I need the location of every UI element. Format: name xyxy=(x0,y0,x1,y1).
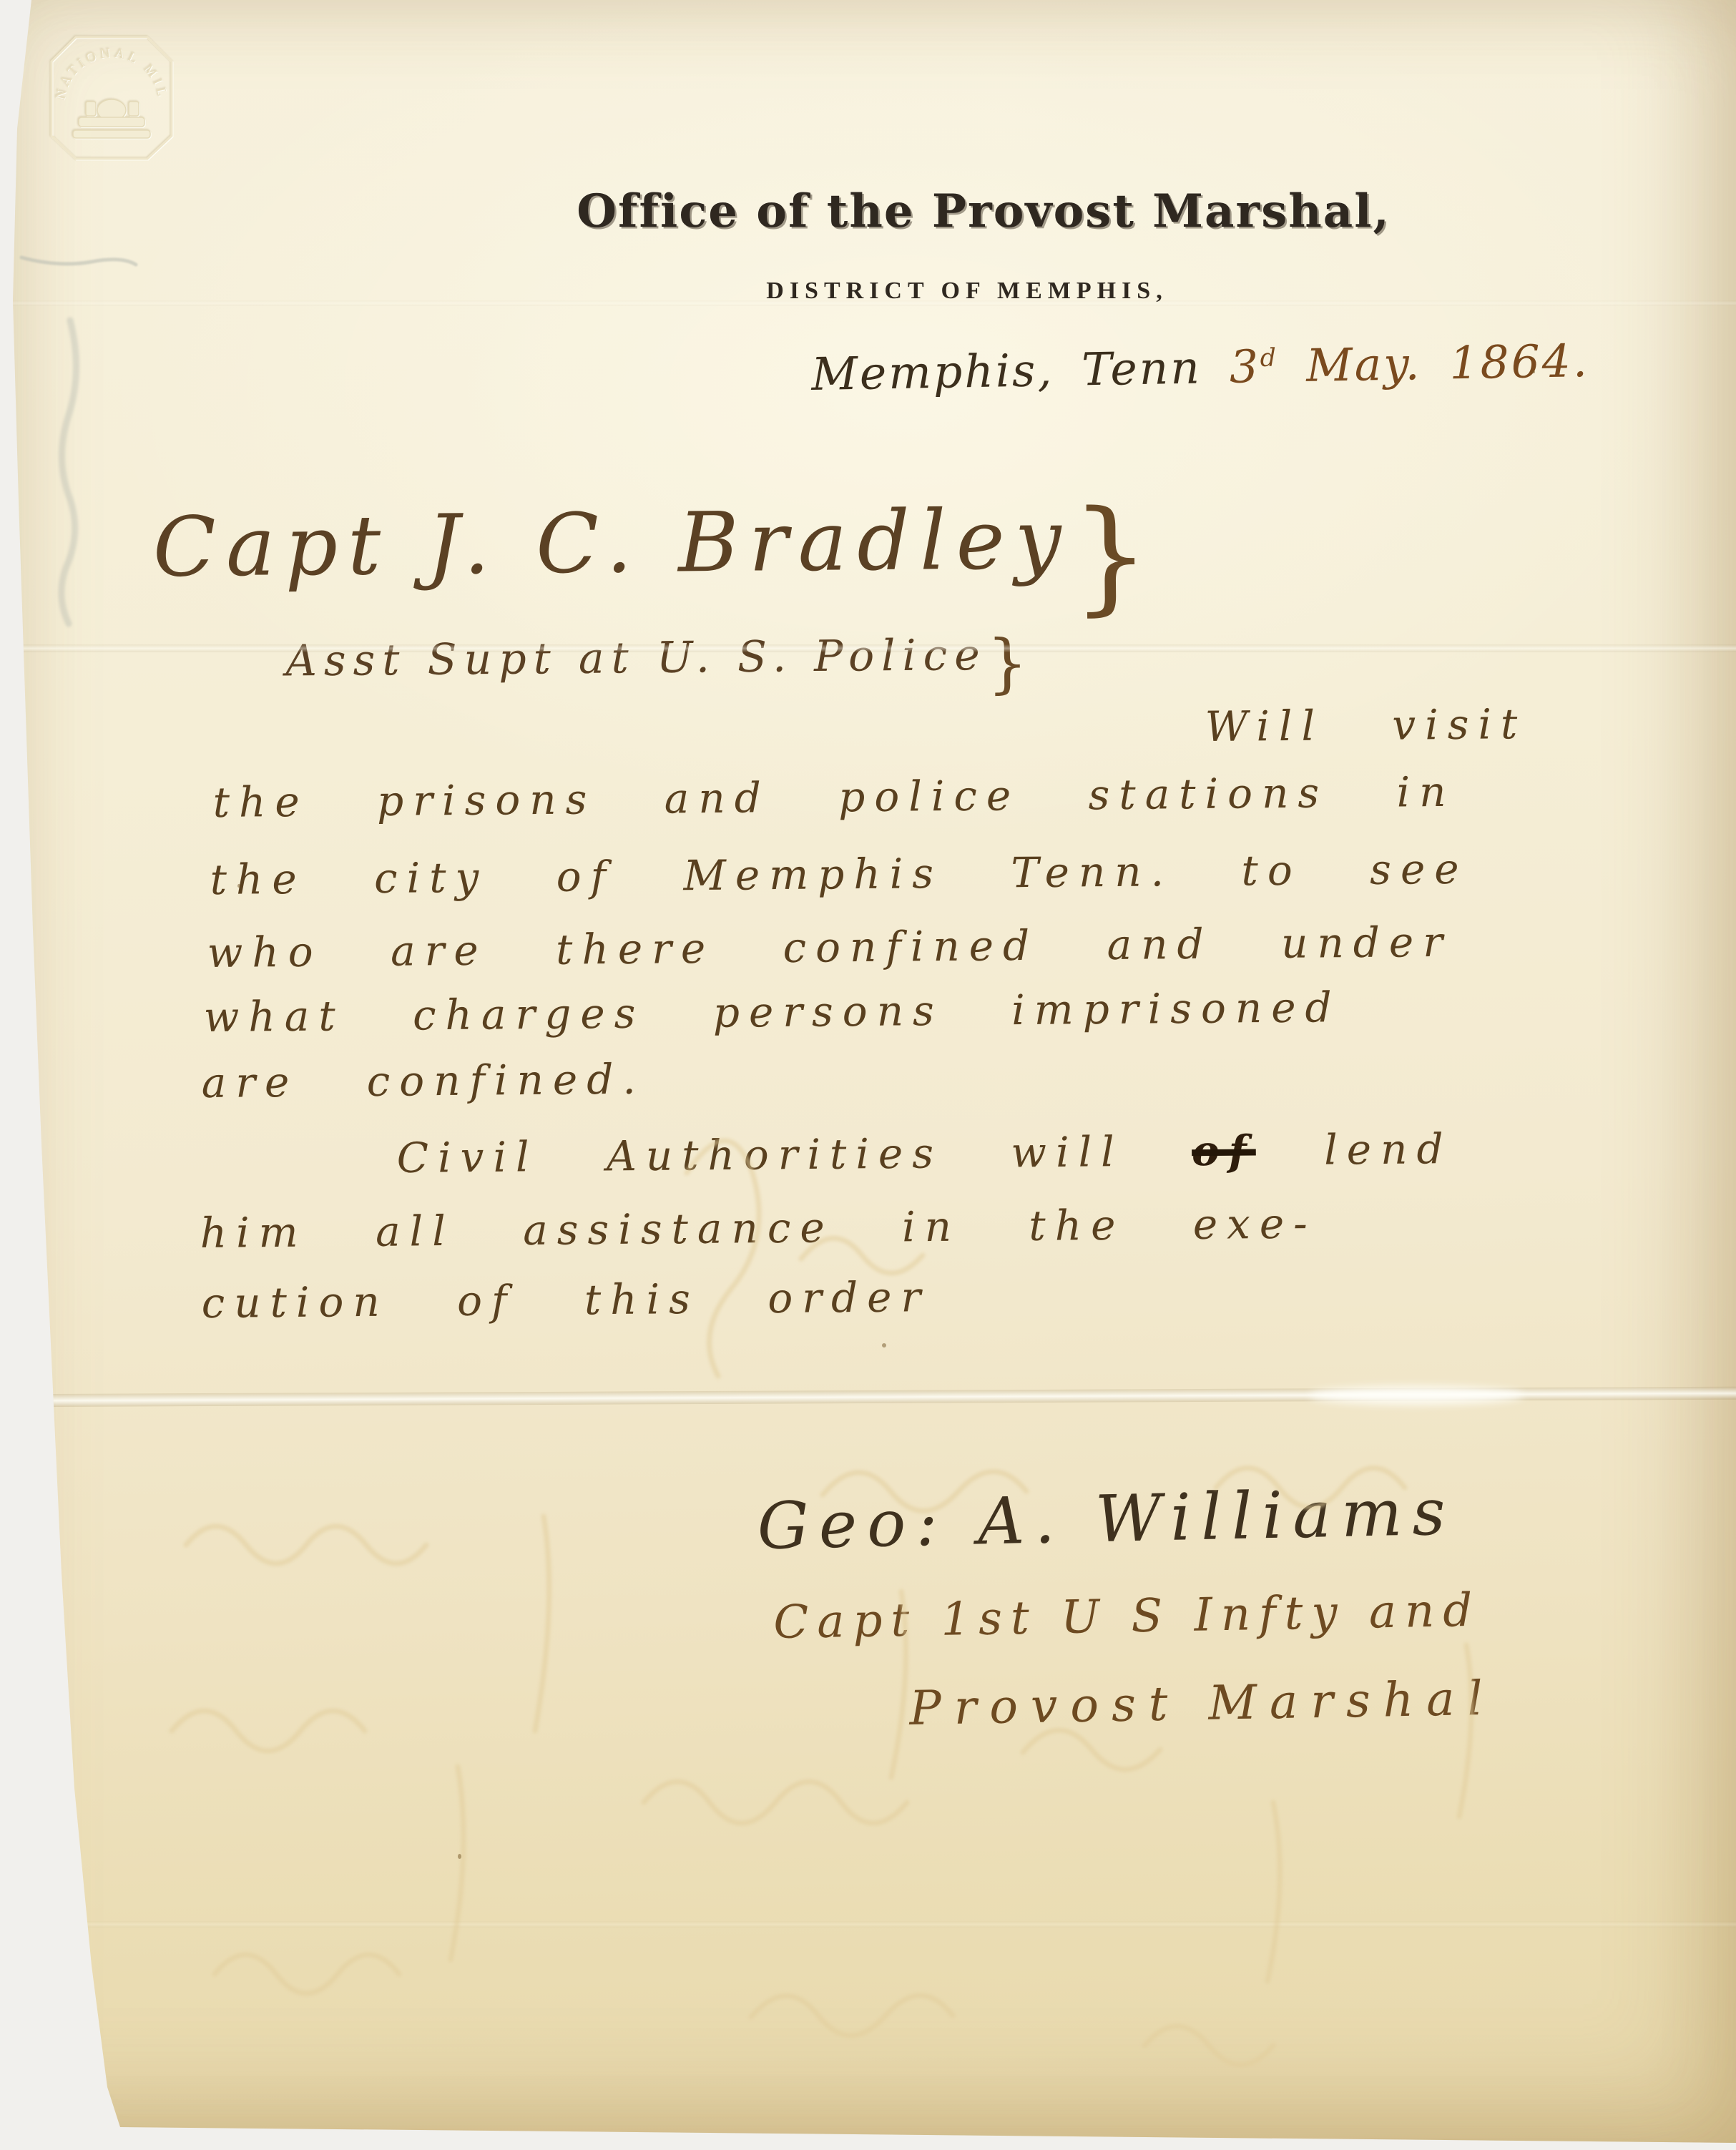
fold-crease xyxy=(0,1921,1736,1928)
body-line: the prisons and police stations in xyxy=(212,767,1455,827)
letterhead-office-line: Office of the Provost Marshal, xyxy=(577,185,1391,238)
dateline: Memphis, Tenn 3d May. 1864. xyxy=(811,335,1590,401)
body-line: cution of this order xyxy=(201,1272,930,1327)
body-line: what charges persons imprisoned xyxy=(203,983,1341,1041)
signature-title-line1: Capt 1st U S Infty and xyxy=(773,1584,1481,1649)
document-page: NATIONAL MILLS Office of the Provost Mar… xyxy=(0,0,1736,2150)
paper-speck xyxy=(458,1854,461,1859)
dateline-place: Memphis, Tenn xyxy=(811,341,1202,401)
seal-mill-illustration xyxy=(73,99,150,138)
paper-speck xyxy=(237,884,240,888)
body-line: the city of Memphis Tenn. to see xyxy=(210,845,1468,904)
signature-title-line2: Provost Marshal xyxy=(909,1671,1496,1736)
body-line: Will visit xyxy=(1205,700,1526,751)
body-line: who are there confined and under xyxy=(207,918,1452,977)
struck-out-word: of xyxy=(1192,1126,1256,1176)
address-brace: } xyxy=(986,626,1035,702)
paper-speck xyxy=(882,1343,886,1348)
scanned-letter: NATIONAL MILLS Office of the Provost Mar… xyxy=(0,0,1736,2150)
address-brace: } xyxy=(1071,483,1160,628)
dateline-date: 3d May. 1864. xyxy=(1229,335,1589,393)
recipient-name-line: Capt J. C. Bradley} xyxy=(152,483,1160,636)
letterhead-district-line: DISTRICT OF MEMPHIS, xyxy=(766,278,1167,305)
fold-crease-highlight xyxy=(1309,1386,1524,1405)
signature-name: Geo: A. Williams xyxy=(757,1475,1456,1564)
recipient-title-line: Asst Supt at U. S. Police} xyxy=(285,626,1035,707)
body-line: him all assistance in the exe- xyxy=(200,1199,1317,1257)
paper-speck xyxy=(1532,370,1535,373)
embossed-seal: NATIONAL MILLS xyxy=(46,30,177,166)
pencil-marks xyxy=(21,257,136,624)
body-line: are confined. xyxy=(201,1055,645,1107)
body-line-with-strikeout: Civil Authorities will of lend xyxy=(396,1124,1452,1182)
